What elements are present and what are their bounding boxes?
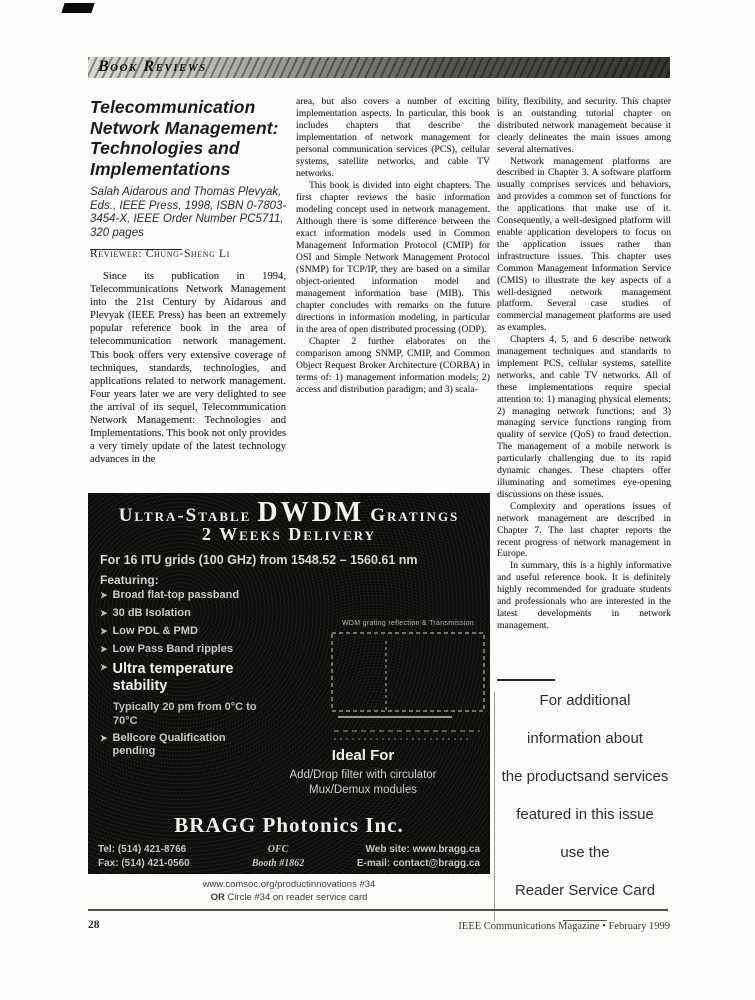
or-label: OR — [211, 892, 225, 903]
ad-feature-text: Low PDL & PMD — [113, 625, 198, 638]
ad-email: E-mail: contact@bragg.ca — [326, 857, 480, 871]
ad-feature-item: ➤ Low Pass Band ripples — [100, 643, 258, 656]
footer-rule — [88, 909, 668, 911]
ad-feature-list: ➤ Broad flat-top passband ➤ 30 dB Isolat… — [100, 589, 258, 763]
spectrum-chart-label: WDM grating reflection & Transmission — [332, 620, 484, 627]
ad-feature-item: ➤ 30 dB Isolation — [100, 607, 258, 620]
note-line: use the — [496, 844, 674, 861]
reviewer-line: Reviewer: Chung-Sheng Li — [90, 248, 286, 260]
paragraph: Chapters 4, 5, and 6 describe network ma… — [497, 334, 671, 501]
ad-ideal-for-title: Ideal For — [238, 747, 488, 764]
ad-intro-line: For 16 ITU grids (100 GHz) from 1548.52 … — [100, 553, 430, 567]
section-title: Book Reviews — [88, 57, 207, 76]
bragg-photonics-ad: Ultra-Stable DWDM Gratings 2 Weeks Deliv… — [88, 493, 490, 874]
column-1: Reviewer: Chung-Sheng Li Since its publi… — [90, 248, 286, 466]
review-title-block: Telecommunication Network Management: Te… — [90, 97, 296, 250]
ad-delivery-line: 2 Weeks Delivery — [88, 524, 490, 545]
reader-service-note: For additional information about the pro… — [494, 692, 674, 921]
paragraph: This book is divided into eight chapters… — [296, 180, 490, 336]
ad-contact-event: OFC Booth #1862 — [230, 843, 326, 871]
magazine-page: Book Reviews Telecommunication Network M… — [0, 0, 755, 1000]
ad-ideal-for-item: Add/Drop filter with circulator — [238, 768, 488, 783]
ad-feature-item: ➤ Low PDL & PMD — [100, 625, 258, 638]
ad-ideal-for-item: Mux/Demux modules — [238, 783, 488, 798]
ad-company-name: BRAGG Photonics Inc. — [88, 813, 490, 838]
note-line: the productsand services — [496, 768, 674, 785]
paragraph: Since its publication in 1994, Telecommu… — [90, 270, 286, 466]
ad-feature-text: Low Pass Band ripples — [113, 643, 233, 656]
ad-tel: Tel: (514) 421-8766 — [98, 843, 230, 857]
scan-artifact — [61, 3, 94, 13]
ad-circle-line: OR Circle #34 on reader service card — [88, 892, 490, 905]
ad-website: Web site: www.bragg.ca — [326, 843, 480, 857]
ad-contact-row: Tel: (514) 421-8766 Fax: (514) 421-0560 … — [98, 843, 480, 871]
ad-url-line: www.comsoc.org/productinnovations #34 — [88, 879, 490, 892]
paragraph: In summary, this is a highly informative… — [497, 560, 671, 631]
paragraph: Complexity and operations issues of netw… — [497, 501, 671, 561]
ad-event: OFC — [230, 843, 326, 857]
note-line: featured in this issue — [496, 806, 674, 823]
ad-contact-phone: Tel: (514) 421-8766 Fax: (514) 421-0560 — [98, 843, 230, 871]
spectrum-chart — [330, 631, 488, 743]
arrow-bullet-icon: ➤ — [100, 625, 108, 638]
ad-feature-item: ➤ Bellcore Qualification pending — [100, 732, 258, 758]
arrow-bullet-icon: ➤ — [100, 643, 108, 656]
ad-feature-text: Broad flat-top passband — [113, 589, 240, 602]
ad-feature-subtext: Typically 20 pm from 0°C to 70°C — [113, 700, 258, 728]
book-title: Telecommunication Network Management: Te… — [90, 97, 296, 179]
ad-feature-text: Bellcore Qualification pending — [113, 732, 258, 758]
ad-booth: Booth #1862 — [230, 857, 326, 871]
page-number: 28 — [88, 919, 100, 931]
paragraph: area, but also covers a number of exciti… — [296, 96, 490, 180]
section-banner: Book Reviews — [88, 57, 670, 78]
arrow-bullet-icon: ➤ — [100, 661, 108, 695]
ad-headline-right: Gratings — [370, 505, 459, 526]
column-2: area, but also covers a number of exciti… — [296, 96, 490, 396]
arrow-bullet-icon: ➤ — [100, 589, 108, 602]
note-line: Reader Service Card — [496, 882, 674, 899]
ad-ideal-for-block: Ideal For Add/Drop filter with circulato… — [238, 747, 488, 798]
ad-featuring-label: Featuring: — [100, 573, 159, 587]
book-byline: Salah Aidarous and Thomas Plevyak, Eds.,… — [90, 186, 296, 240]
note-line: information about — [496, 730, 674, 747]
arrow-bullet-icon: ➤ — [100, 732, 108, 758]
ad-contact-web: Web site: www.bragg.ca E-mail: contact@b… — [326, 843, 480, 871]
ad-feature-text: 30 dB Isolation — [113, 607, 191, 620]
end-of-article-rule — [497, 679, 555, 681]
ad-feature-item-highlight: ➤ Ultra temperature stability — [100, 661, 258, 695]
note-line: For additional — [496, 692, 674, 709]
footer-magazine-line: IEEE Communications Magazine • February … — [370, 921, 670, 932]
circle-text: Circle #34 on reader service card — [227, 892, 367, 903]
ad-feature-item: ➤ Broad flat-top passband — [100, 589, 258, 602]
ad-fax: Fax: (514) 421-0560 — [98, 857, 230, 871]
paragraph: Chapter 2 further elaborates on the comp… — [296, 336, 490, 396]
ad-reader-service-lines: www.comsoc.org/productinnovations #34 OR… — [88, 879, 490, 904]
paragraph: Network management platforms are describ… — [497, 156, 671, 335]
column-3: bility, flexibility, and security. This … — [497, 96, 671, 632]
arrow-bullet-icon: ➤ — [100, 607, 108, 620]
ad-feature-text: Ultra temperature stability — [113, 661, 258, 695]
paragraph: bility, flexibility, and security. This … — [497, 96, 671, 156]
ad-headline-left: Ultra-Stable — [119, 505, 252, 526]
